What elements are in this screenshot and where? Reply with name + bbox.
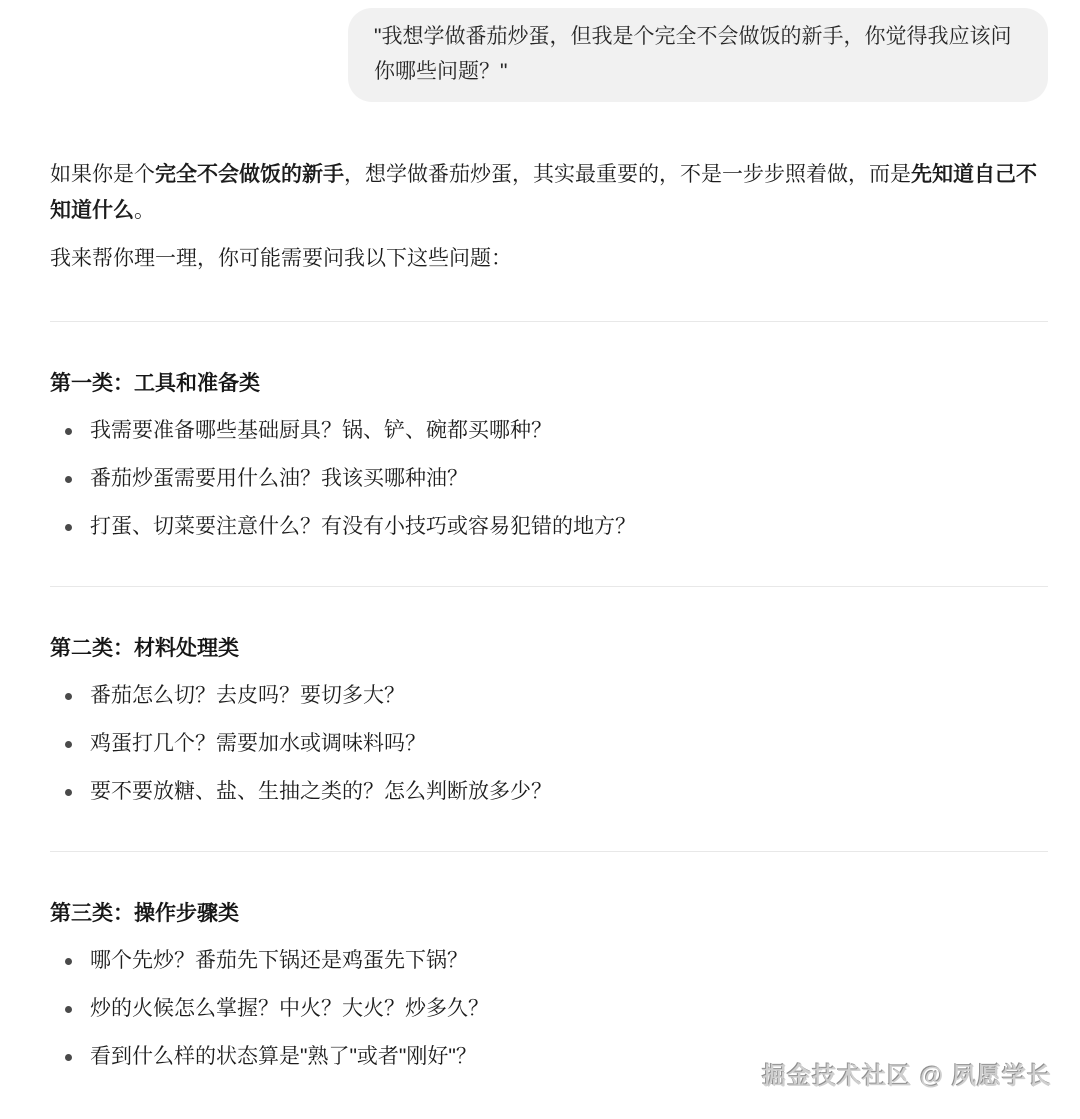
section-divider xyxy=(50,321,1048,322)
list-item: 炒的火候怎么掌握？中火？大火？炒多久？ xyxy=(50,994,1048,1024)
bullet-icon xyxy=(65,1006,72,1013)
bullet-icon xyxy=(65,958,72,965)
list-item-text: 鸡蛋打几个？需要加水或调味料吗？ xyxy=(90,732,426,755)
bullet-icon xyxy=(65,741,72,748)
list-item-text: 打蛋、切菜要注意什么？有没有小技巧或容易犯错的地方？ xyxy=(90,515,636,538)
lead-in-paragraph: 我来帮你理一理，你可能需要问我以下这些问题： xyxy=(50,241,1048,277)
list-item: 番茄怎么切？去皮吗？要切多大？ xyxy=(50,681,1048,711)
bullet-icon xyxy=(65,693,72,700)
section-divider xyxy=(50,586,1048,587)
list-item-text: 哪个先炒？番茄先下锅还是鸡蛋先下锅？ xyxy=(90,949,468,972)
intro-paragraph: 如果你是个完全不会做饭的新手，想学做番茄炒蛋，其实最重要的，不是一步步照着做，而… xyxy=(50,157,1048,229)
section-divider xyxy=(50,851,1048,852)
list-item-text: 看到什么样的状态算是"熟了"或者"刚好"？ xyxy=(90,1045,477,1068)
bullet-icon xyxy=(65,476,72,483)
list-item-text: 我需要准备哪些基础厨具？锅、铲、碗都买哪种？ xyxy=(90,419,552,442)
list-item: 我需要准备哪些基础厨具？锅、铲、碗都买哪种？ xyxy=(50,416,1048,446)
list-item: 要不要放糖、盐、生抽之类的？怎么判断放多少？ xyxy=(50,777,1048,807)
list-item: 打蛋、切菜要注意什么？有没有小技巧或容易犯错的地方？ xyxy=(50,512,1048,542)
list-item-text: 炒的火候怎么掌握？中火？大火？炒多久？ xyxy=(90,997,489,1020)
bullet-icon xyxy=(65,524,72,531)
bullet-icon xyxy=(65,789,72,796)
intro-text-3: 。 xyxy=(134,199,155,222)
list-item: 哪个先炒？番茄先下锅还是鸡蛋先下锅？ xyxy=(50,946,1048,976)
list-item-text: 要不要放糖、盐、生抽之类的？怎么判断放多少？ xyxy=(90,780,552,803)
intro-text-1: 如果你是个 xyxy=(50,163,155,186)
section-title-tools: 第一类：工具和准备类 xyxy=(50,370,1048,398)
list-item: 番茄炒蛋需要用什么油？我该买哪种油？ xyxy=(50,464,1048,494)
section-list-tools: 我需要准备哪些基础厨具？锅、铲、碗都买哪种？ 番茄炒蛋需要用什么油？我该买哪种油… xyxy=(50,416,1048,542)
list-item: 鸡蛋打几个？需要加水或调味料吗？ xyxy=(50,729,1048,759)
section-title-ingredients: 第二类：材料处理类 xyxy=(50,635,1048,663)
intro-bold-newbie: 完全不会做饭的新手 xyxy=(155,163,344,186)
bullet-icon xyxy=(65,1054,72,1061)
list-item-text: 番茄怎么切？去皮吗？要切多大？ xyxy=(90,684,405,707)
section-list-steps: 哪个先炒？番茄先下锅还是鸡蛋先下锅？ 炒的火候怎么掌握？中火？大火？炒多久？ 看… xyxy=(50,946,1048,1072)
bullet-icon xyxy=(65,428,72,435)
intro-text-2: ，想学做番茄炒蛋，其实最重要的，不是一步步照着做，而是 xyxy=(344,163,911,186)
section-list-ingredients: 番茄怎么切？去皮吗？要切多大？ 鸡蛋打几个？需要加水或调味料吗？ 要不要放糖、盐… xyxy=(50,681,1048,807)
list-item-text: 番茄炒蛋需要用什么油？我该买哪种油？ xyxy=(90,467,468,490)
user-message-bubble: "我想学做番茄炒蛋，但我是个完全不会做饭的新手，你觉得我应该问你哪些问题？" xyxy=(348,8,1048,102)
section-title-steps: 第三类：操作步骤类 xyxy=(50,900,1048,928)
assistant-message: 如果你是个完全不会做饭的新手，想学做番茄炒蛋，其实最重要的，不是一步步照着做，而… xyxy=(50,157,1048,1072)
user-message-row: "我想学做番茄炒蛋，但我是个完全不会做饭的新手，你觉得我应该问你哪些问题？" xyxy=(0,0,1080,102)
watermark: 掘金技术社区 @ 夙愿学长 xyxy=(762,1056,1052,1091)
